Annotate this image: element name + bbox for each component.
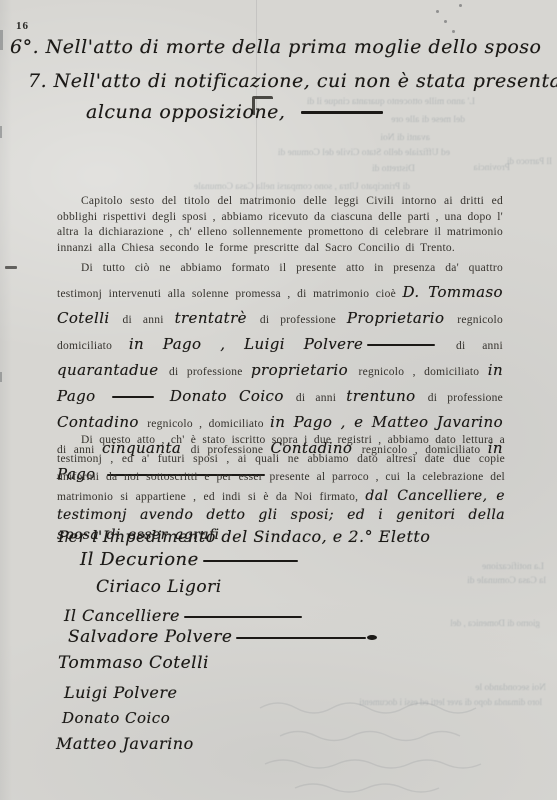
signature-line: Il Cancelliere — [64, 606, 306, 625]
printed-text: di anni — [439, 340, 503, 352]
handwritten-entry: trentatrè — [175, 309, 260, 327]
bleedthrough-fragment: ed Uffiziale dello Stato Civile del Comu… — [200, 148, 450, 158]
scan-speck — [452, 30, 455, 33]
printed-text: di anni — [123, 314, 175, 326]
handwritten-entry: in Pago , e Matteo Javarino — [270, 413, 503, 431]
handwritten-annotation-line1: 6°. Nell'atto di morte della prima mogli… — [10, 36, 542, 58]
ink-stroke — [367, 344, 435, 346]
handwritten-entry: in Pago , Luigi Polvere — [129, 335, 363, 353]
edge-smudge — [0, 372, 2, 382]
page-number: 16 — [16, 20, 29, 32]
bleedthrough-fragment: di Principato Ultra , sono comparsi nell… — [38, 182, 410, 192]
ink-flourish — [203, 560, 298, 563]
bleedthrough-fragment: giorno di Domenica , del — [428, 618, 540, 628]
signature-text: Il Cancelliere — [64, 606, 180, 625]
handwritten-entry: quarantadue — [57, 361, 169, 379]
scanned-document-page: L' anno mille ottocento quaranta cinque … — [0, 0, 557, 800]
printed-text: di professione — [428, 392, 503, 404]
printed-text: regnicolo , domiciliato — [359, 366, 488, 378]
printed-text: di anni — [296, 392, 346, 404]
signature-line: Ciriaco Ligori — [96, 577, 222, 597]
bleedthrough-fragment: Distretto di — [285, 164, 415, 174]
bleedthrough-fragment: Il Parroco di — [494, 156, 552, 166]
bleedthrough-fragment: avanti di Noi — [240, 133, 430, 143]
ink-flourish — [184, 616, 302, 619]
ink-stroke — [301, 111, 383, 114]
bleedthrough-fragment: la Casa Comunale di — [442, 576, 546, 586]
signature-line: Matteo Javarino — [56, 734, 194, 753]
handwritten-annotation-line3: alcuna opposizione, — [86, 101, 387, 123]
signature-line: Per l'Impedimento del Sindaco, e 2.° Ele… — [58, 527, 430, 546]
ink-flourish — [236, 637, 366, 640]
scan-speck — [459, 4, 462, 7]
scan-speck — [436, 10, 439, 13]
signature-line: Tommaso Cotelli — [58, 653, 209, 673]
signature-text: Ciriaco Ligori — [96, 577, 222, 597]
handwritten-entry: Contadino — [57, 413, 147, 431]
signature-text: Il Decurione — [80, 549, 199, 570]
signature-line: Il Decurione — [80, 549, 302, 570]
signature-line: Luigi Polvere — [64, 683, 177, 702]
handwritten-annotation-text: alcuna opposizione, — [86, 101, 285, 123]
ink-blot — [367, 635, 377, 640]
handwritten-annotation-line2: 7. Nell'atto di notificazione, cui non è… — [28, 70, 557, 92]
signature-text: Per l'Impedimento del Sindaco, e 2.° Ele… — [58, 527, 430, 546]
printed-paragraph-marriage-chapter: Capitolo sesto del titolo del matrimonio… — [57, 194, 503, 256]
handwritten-entry: trentuno — [346, 387, 427, 405]
signature-text: Salvadore Polvere — [68, 627, 232, 647]
signature-text: Matteo Javarino — [56, 734, 194, 753]
showthrough-squiggles — [255, 688, 545, 798]
margin-ink-mark — [5, 266, 17, 269]
edge-smudge — [0, 30, 3, 50]
handwritten-entry: Proprietario — [347, 309, 457, 327]
handwritten-entry: proprietario — [251, 361, 359, 379]
signature-text: Luigi Polvere — [64, 683, 177, 702]
signature-line: Salvadore Polvere — [68, 627, 377, 647]
handwritten-entry: Donato Coico — [158, 387, 296, 405]
edge-smudge — [0, 126, 2, 138]
ink-stroke — [112, 396, 154, 398]
scan-speck — [444, 20, 447, 23]
printed-text: regnicolo , domiciliato — [147, 418, 270, 430]
printed-text: di professione — [260, 314, 347, 326]
bleedthrough-fragment: La notificazione — [452, 562, 544, 572]
printed-text: di professione — [169, 366, 251, 378]
signature-text: Tommaso Cotelli — [58, 653, 209, 673]
signature-line: Donato Coico — [62, 709, 170, 727]
signature-text: Donato Coico — [62, 709, 170, 727]
